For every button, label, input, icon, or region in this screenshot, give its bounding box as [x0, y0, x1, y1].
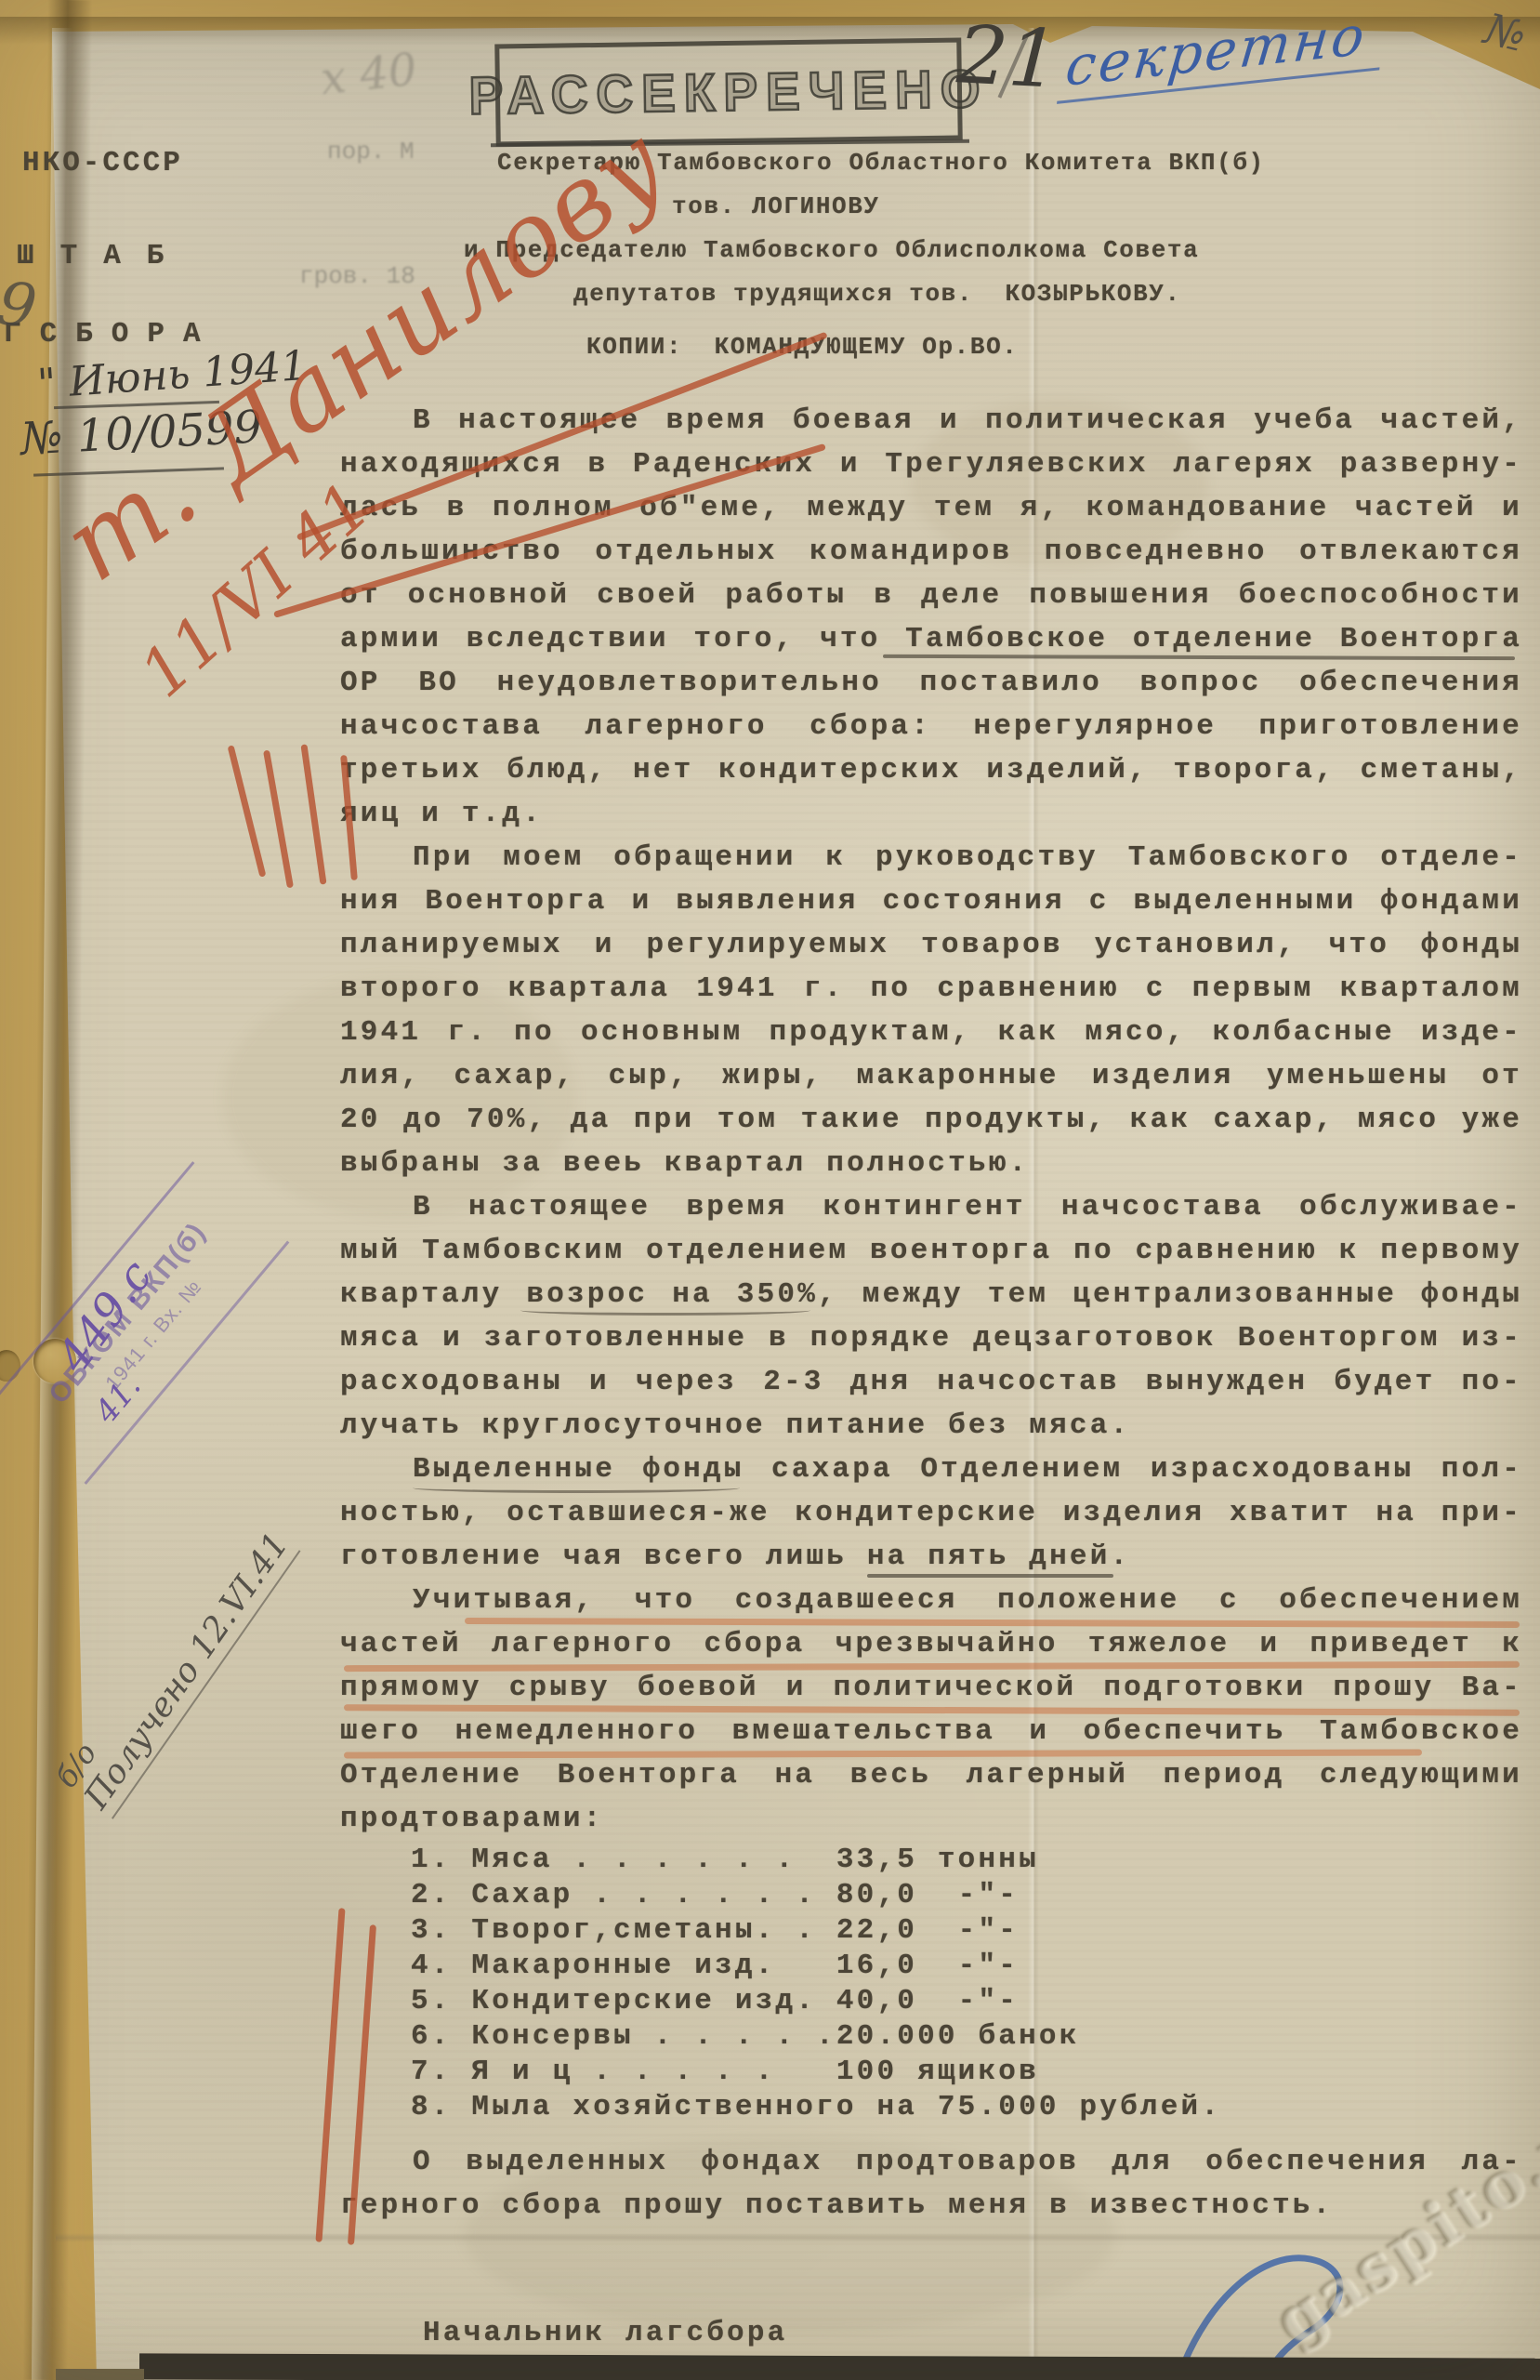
body-text: В настоящее время боевая и политическая …: [340, 399, 1522, 2228]
typed-line: выбраны за вееь квартал полностью.: [340, 1142, 1522, 1185]
typed-line: лась в полном об"еме, между тем я, коман…: [340, 486, 1522, 530]
typed-line: Учитывая, что создавшееся положение с об…: [340, 1579, 1522, 1622]
typed-line: яиц и т.д.: [340, 792, 1522, 836]
typed-line: 5. Кондитерские изд. 40,0 -"-: [411, 1984, 1522, 2019]
typed-line: планируемых и регулируемых товаров устан…: [340, 923, 1522, 967]
signature-title: Начальник лагсбора: [423, 2317, 787, 2349]
letterhead-lagsbor: ГСБОРА: [4, 318, 219, 350]
typed-line: ОР ВО неудовлетворительно поставило вопр…: [340, 661, 1522, 705]
letterhead-org: НКО-СССР: [22, 147, 183, 179]
typed-line: 7. Я и ц . . . . . 100 ящиков: [411, 2055, 1522, 2090]
typed-line: третьих блюд, нет кондитерских изделий, …: [340, 748, 1522, 792]
typed-line: 3. Творог,сметаны. . 22,0 -"-: [411, 1913, 1522, 1949]
scan-bottom-edge-left: [56, 2369, 144, 2380]
supply-list: 1. Мяса . . . . . . 33,5 тонны2. Сахар .…: [411, 1843, 1522, 2125]
typed-line: 2. Сахар . . . . . . 80,0 -"-: [411, 1878, 1522, 1913]
typed-line: В настоящее время контингент начсостава …: [340, 1185, 1522, 1229]
corner-pencil-mark: №: [1480, 4, 1531, 62]
typed-line: второго квартала 1941 г. по сравнению с …: [340, 967, 1522, 1011]
typed-line: КОПИИ: КОМАНДУЮЩЕМУ Ор.ВО.: [586, 325, 1265, 369]
closing-paragraph: О выделенных фондах продтоваров для обес…: [340, 2140, 1522, 2228]
typed-line: от основной своей работы в деле повышени…: [340, 574, 1522, 617]
typed-line: находящихся в Раденских и Трегуляевских …: [340, 443, 1522, 486]
typed-line: частей лагерного сбора чрезвычайно тяжел…: [340, 1622, 1522, 1666]
typed-line: ния Военторга и выявления состояния с вы…: [340, 879, 1522, 923]
typed-line: 20 до 70%, да при том такие продукты, ка…: [340, 1098, 1522, 1142]
typed-line: тов. ЛОГИНОВУ: [672, 185, 1265, 229]
bleed-through-text: пор. М: [327, 138, 415, 165]
typed-line: Выделенные фонды сахара Отделением израс…: [340, 1448, 1522, 1491]
typed-line: лия, сахар, сыр, жиры, макаронные издели…: [340, 1054, 1522, 1098]
typed-line: ностью, оставшиеся-же кондитерские издел…: [340, 1491, 1522, 1535]
typed-line: шего немедленного вмешательства и обеспе…: [340, 1710, 1522, 1753]
body-paragraphs: В настоящее время боевая и политическая …: [340, 399, 1522, 1841]
typed-line: О выделенных фондах продтоваров для обес…: [340, 2140, 1522, 2184]
typed-line: кварталу возрос на 350%, между тем центр…: [340, 1273, 1522, 1316]
typed-line: герного сбора прошу поставить меня в изв…: [340, 2184, 1522, 2228]
typed-line: готовление чая всего лишь на пять дней.: [340, 1535, 1522, 1579]
typed-line: депутатов трудящихся тов. КОЗЫРЬКОВУ.: [573, 272, 1265, 316]
typed-line: 8. Мыла хозяйственного на 75.000 рублей.: [411, 2090, 1522, 2125]
typed-line: Отделение Военторга на весь лагерный пер…: [340, 1753, 1522, 1797]
typed-line: продтоварами:: [340, 1797, 1522, 1841]
pencil-scribble-ghost: х 40: [318, 44, 419, 106]
typed-line: 1. Мяса . . . . . . 33,5 тонны: [411, 1843, 1522, 1878]
letterhead-shtab: ШТАБ: [17, 240, 190, 272]
handwritten-page-number: 21: [954, 8, 1061, 107]
typed-line: 4. Макаронные изд. 16,0 -"-: [411, 1949, 1522, 1984]
typed-line: расходованы и через 2-3 дня начсостав вы…: [340, 1360, 1522, 1404]
declassified-stamp: РАССЕКРЕЧЕНО: [494, 38, 962, 147]
declassified-stamp-text: РАССЕКРЕЧЕНО: [468, 58, 989, 126]
typed-line: При моем обращении к руководству Тамбовс…: [340, 836, 1522, 879]
typed-line: 1941 г. по основным продуктам, как мясо,…: [340, 1011, 1522, 1054]
typed-line: 6. Консервы . . . . .20.000 банок: [411, 2019, 1522, 2055]
typed-line: мяса и заготовленные в порядке децзагото…: [340, 1316, 1522, 1360]
scanned-document-page: пор. М гров. 18 х 40 РАССЕКРЕЧЕНО 21 сек…: [0, 0, 1540, 2380]
typed-line: В настоящее время боевая и политическая …: [340, 399, 1522, 443]
typed-line: прямому срыву боевой и политической подг…: [340, 1666, 1522, 1710]
typed-line: большинство отдельных командиров повседн…: [340, 530, 1522, 574]
typed-line: начсостава лагерного сбора: нерегулярное…: [340, 705, 1522, 748]
typed-line: армии вследствии того, что Тамбовское от…: [340, 617, 1522, 661]
typed-line: лучать круглосуточное питание без мяса.: [340, 1404, 1522, 1448]
typed-line: мый Тамбовским отделением военторга по с…: [340, 1229, 1522, 1273]
scan-bottom-edge: [139, 2353, 1540, 2380]
